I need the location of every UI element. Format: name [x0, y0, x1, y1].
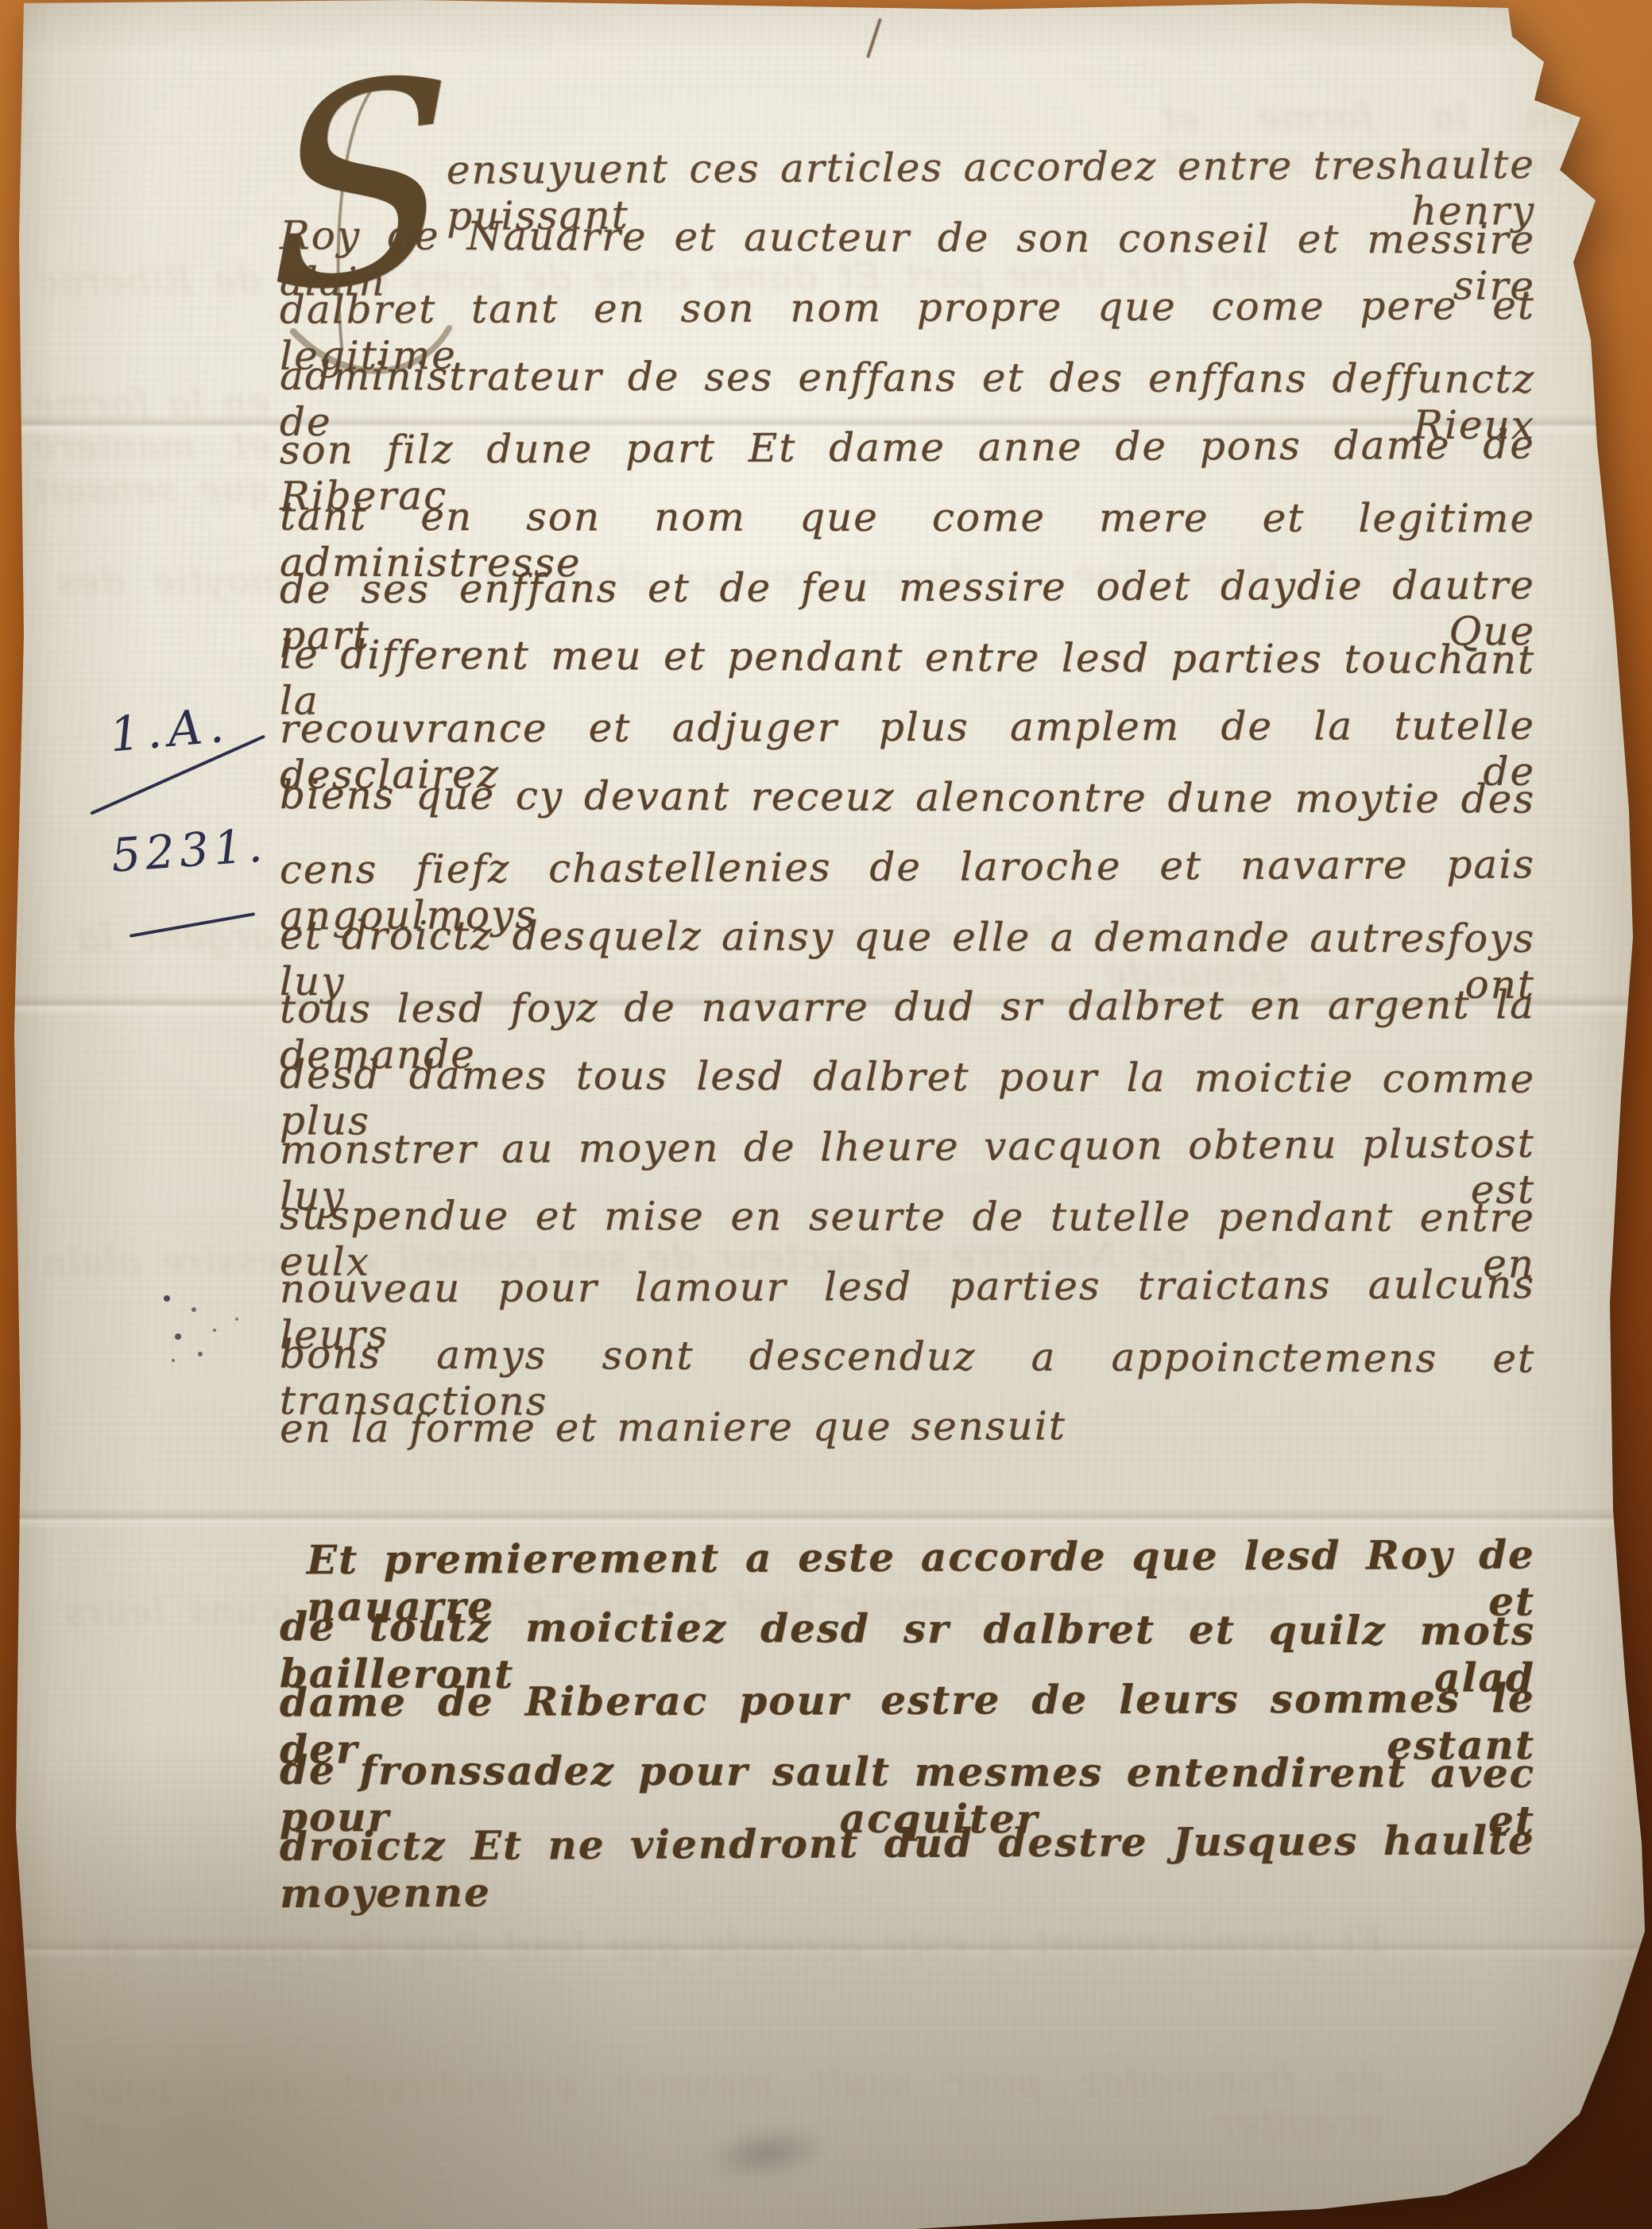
archival-number: 5231. — [110, 818, 269, 883]
manuscript-photo: son filz dune part Et dame anne de pons … — [0, 0, 1652, 2229]
manuscript-text: ensuyuent ces articles accordez entre tr… — [280, 0, 1535, 2229]
archival-marginalia: 1.A. 5231. — [87, 691, 358, 962]
ink-speckles — [164, 1295, 170, 1302]
archival-code: 1.A. — [107, 698, 232, 764]
manuscript-line: droictz Et ne viendront dud destre Jusqu… — [280, 1817, 1536, 1917]
paper-sheet: son filz dune part Et dame anne de pons … — [0, 0, 1652, 2229]
paper-wrap: son filz dune part Et dame anne de pons … — [0, 0, 1652, 2229]
archival-underline — [130, 912, 255, 938]
manuscript-line: biens que cy devant receuz alencontre du… — [280, 772, 1535, 822]
manuscript-line: en la forme et maniere que sensuit — [280, 1401, 1535, 1452]
